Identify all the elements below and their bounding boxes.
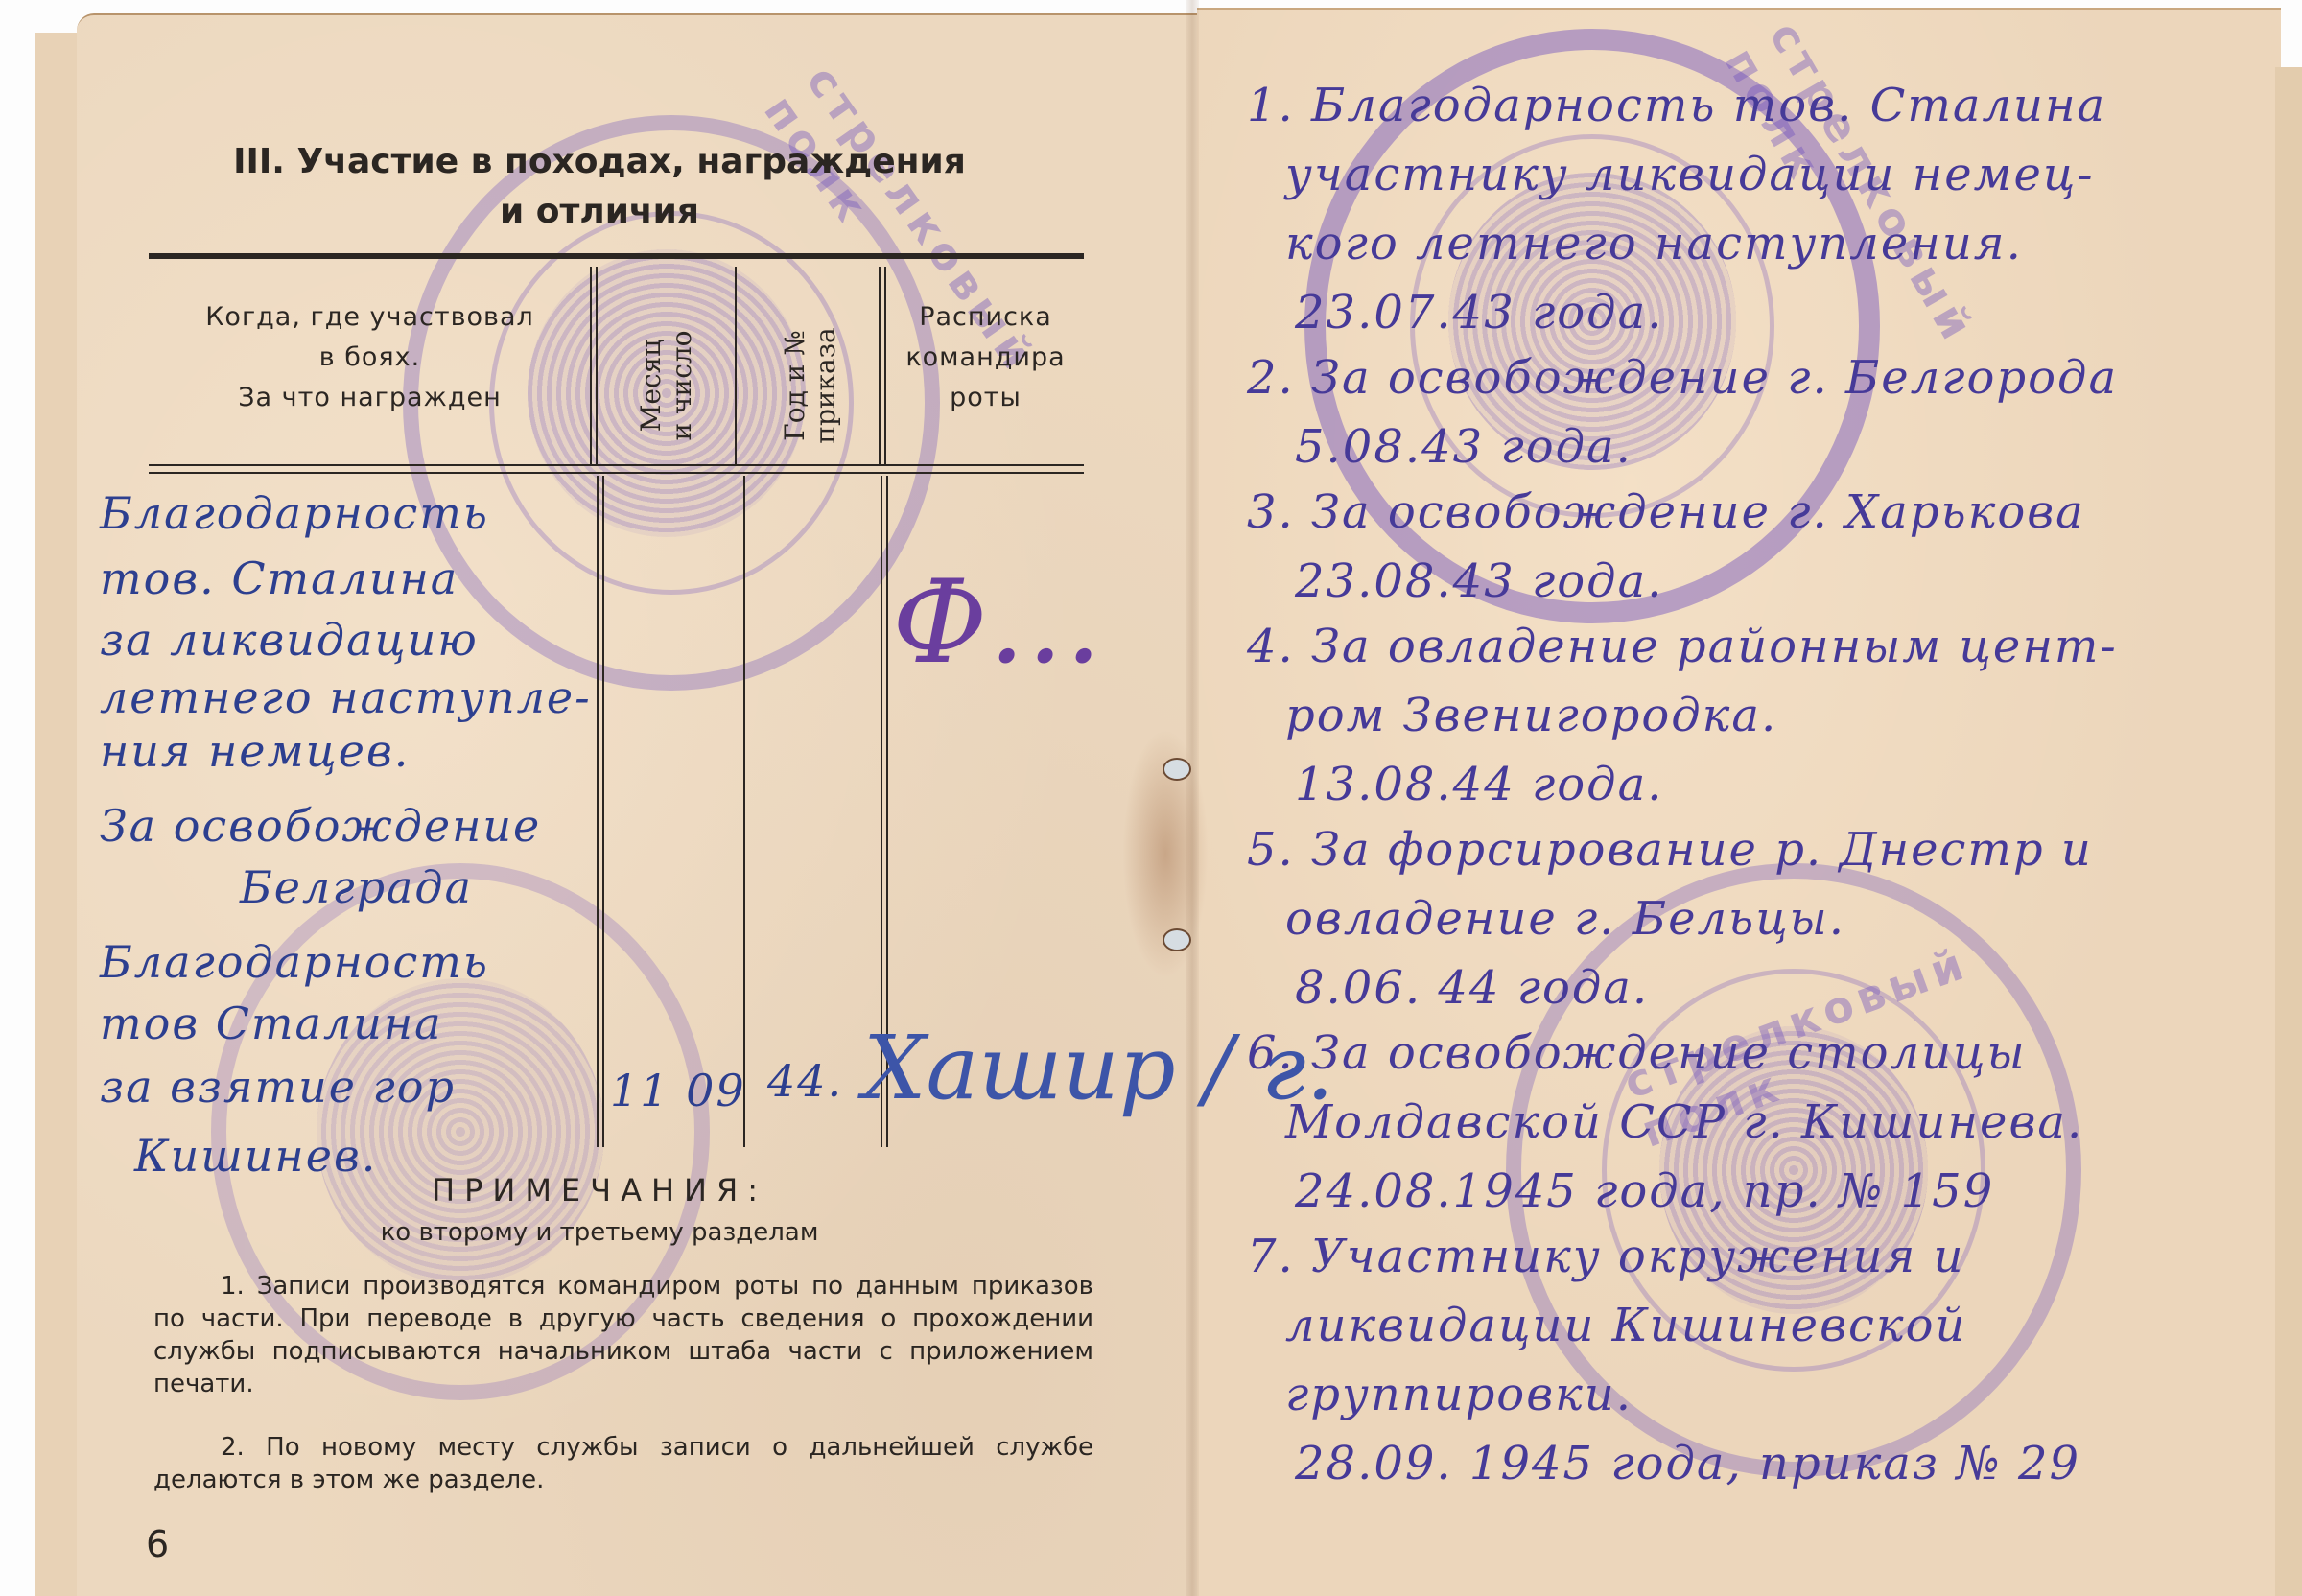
notes-subtitle: ко второму и третьему разделам: [125, 1218, 1074, 1247]
notes-title: ПРИМЕЧАНИЯ:: [125, 1172, 1074, 1209]
handwritten-entry-line: ния немцев.: [100, 725, 410, 777]
handwritten-entry-line: за ликвидацию: [100, 614, 479, 666]
table-divider: [597, 476, 599, 1147]
award-entry-line: ром Звенигородка.: [1285, 689, 1777, 742]
handwritten-entry-line: тов Сталина: [100, 997, 443, 1049]
table-divider: [596, 267, 598, 465]
handwritten-entry-line: Благодарность: [100, 487, 489, 539]
commander-signature: Ф…: [892, 556, 1103, 690]
note-item: 1. Записи производятся командиром роты п…: [153, 1270, 1093, 1400]
section-title: III. Участие в походах, награждения: [125, 142, 1074, 181]
handwritten-entry-line: Белграда: [240, 861, 473, 913]
handwritten-entry-line: Благодарность: [100, 936, 489, 988]
handwritten-entry-line: летнего наступле-: [100, 671, 592, 723]
note-item: 2. По новому месту службы записи о дальн…: [153, 1431, 1093, 1496]
award-entry-date: 24.08.1945 года, пр. № 159: [1295, 1164, 1994, 1218]
award-entry-line: 5. За форсирование р. Днестр и: [1247, 823, 2093, 877]
award-entry-line: Молдавской ССР г. Кишинева.: [1285, 1095, 2083, 1149]
award-entry-line: кого летнего наступления.: [1285, 217, 2023, 270]
table-divider: [884, 267, 886, 465]
award-entry-date: 23.08.43 года.: [1295, 554, 1663, 608]
header-rule: [149, 472, 1084, 474]
table-divider: [879, 267, 881, 465]
handwritten-year-order: 44.: [767, 1055, 843, 1107]
page-number: 6: [146, 1523, 169, 1565]
handwritten-entry-line: за взятие гор: [100, 1061, 456, 1113]
award-entry-line: 3. За освобождение г. Харькова: [1247, 485, 2085, 539]
award-entry-line: группировки.: [1285, 1368, 1633, 1421]
award-entry-line: 7. Участнику окружения и: [1247, 1230, 1965, 1283]
award-entry-line: участнику ликвидации немец-: [1285, 148, 2095, 201]
header-rule: [149, 464, 1084, 466]
award-entry-line: 1. Благодарность тов. Сталина: [1247, 79, 2106, 132]
table-divider: [590, 267, 592, 465]
staple-icon: [1163, 758, 1191, 781]
table-divider: [743, 476, 745, 1147]
award-entry-line: 4. За овладение районным цент-: [1247, 620, 2118, 673]
table-divider: [602, 476, 604, 1147]
right-page-edge: [2275, 67, 2302, 1596]
award-entry-date: 23.07.43 года.: [1295, 286, 1663, 340]
award-entry-line: 6. За освобождение столицы: [1247, 1026, 2027, 1080]
award-entry-date: 13.08.44 года.: [1295, 758, 1663, 811]
handwritten-month-day: 11 09: [610, 1065, 746, 1116]
staple-icon: [1163, 928, 1191, 951]
award-entry-date: 28.09. 1945 года, приказ № 29: [1295, 1437, 2080, 1490]
title-rule: [149, 253, 1084, 259]
column-header-month-day: Месяц и число: [636, 275, 697, 496]
handwritten-entry-line: тов. Сталина: [100, 552, 458, 604]
award-entry-line: 2. За освобождение г. Белгорода: [1247, 351, 2118, 405]
award-entry-line: овладение г. Бельцы.: [1285, 892, 1845, 946]
award-entry-line: ликвидации Кишиневской: [1285, 1299, 1966, 1352]
column-header-year-order: Год и № приказа: [780, 275, 841, 496]
handwritten-entry-line: За освобождение: [100, 800, 541, 852]
column-header-when-where: Когда, где участвовал в боях. За что наг…: [152, 297, 588, 418]
table-divider: [735, 267, 737, 465]
award-entry-date: 5.08.43 года.: [1295, 420, 1633, 474]
section-subtitle: и отличия: [125, 192, 1074, 231]
award-entry-date: 8.06. 44 года.: [1295, 961, 1649, 1015]
column-header-commander-receipt: Расписка командира роты: [882, 297, 1089, 418]
